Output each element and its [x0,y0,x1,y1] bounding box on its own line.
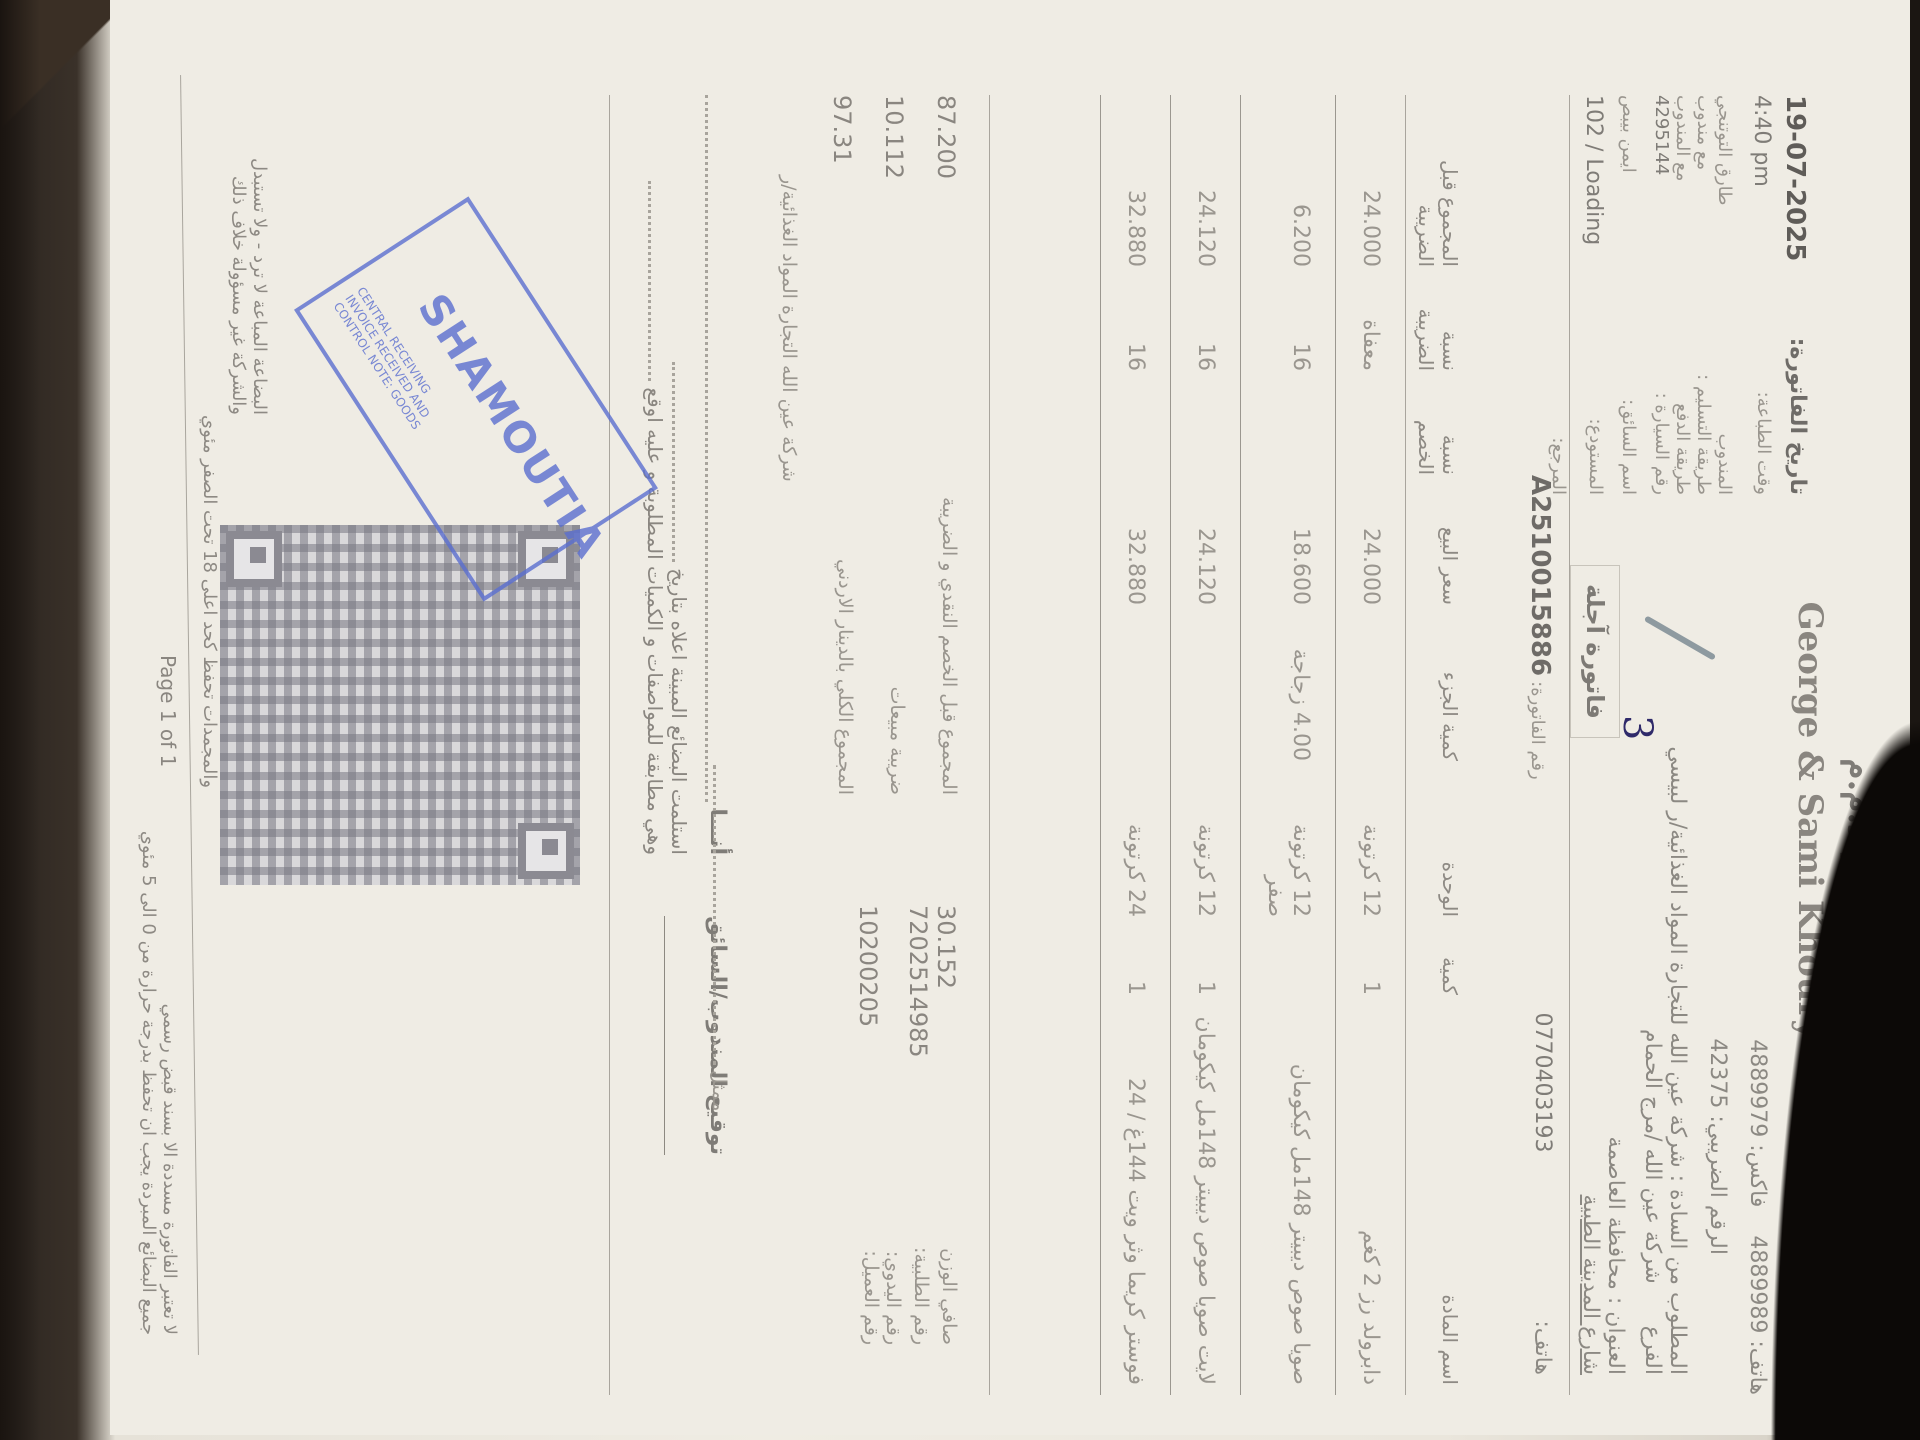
requested-from-value: شركة عين الله للتجارة المواد الغذائية/ر … [1665,746,1690,1167]
invoice-date-label: تاريخ الفاتورة: [1780,338,1810,495]
invoice-date-value: 19-07-2025 [1780,95,1810,261]
cell-part-qty: 4.00 زجاجة [1241,615,1336,771]
footer-note-mid: والمجمدات تحفظ كحد اعلى 18 تحت الصفر مئو… [199,415,220,788]
qr-finder-pattern [226,531,282,587]
cell-unit: 12 كرتونة [1171,771,1241,927]
representative-label: ممثل [708,1070,730,1111]
header-subtotal: المجموع قبل الضريبة [1406,95,1471,277]
invoice-document: شركة جورج و سامي خوري و شركاهم ذ.م.م Geo… [110,0,1910,1435]
tax-no-value: 42375 [1705,1038,1730,1108]
warehouse-label: المستودع: [1581,419,1606,496]
invoice-type-box: فاتورة آجلة [1570,565,1620,738]
driver-value: ايمن بيبص [1618,95,1639,173]
divider [989,95,990,1395]
payment-method-value: مع المندوب [1672,95,1693,181]
payment-method-label: طريقة الدفع [1672,403,1693,495]
driver-label: اسم السائق: [1618,399,1639,495]
representative-line: ممثل [708,765,730,1111]
street-value: شارع المدينة الطبية [1578,746,1603,1375]
branch-value: شركة عين الله /مرج الحمام [1640,1029,1665,1284]
invoice-number-value: A2510015886 [1525,475,1555,676]
company-sign-label: شركة عين الله التجارة المواد الغذائية/ر [778,175,800,482]
background-shadow-left [0,0,40,1440]
qr-finder-pattern [518,823,574,879]
net-weight-label: صافي الوزن [932,1248,960,1345]
header-qty: كمية [1406,927,1471,1005]
vehicle-no-label: رقم السيارة : [1651,393,1672,495]
footer-note-left: البضاعة المباعة لا ترد - ولا تستبدل والش… [228,75,270,415]
invoice-meta: تاريخ الفاتورة: 19-07-2025 وقت الطباعة: … [1548,95,1810,495]
items-header-row: اسم المادة كمية الوحدة كمية الجزء سعر ال… [1406,95,1471,1395]
cell-qty: 1 [1336,927,1406,1005]
divider [609,95,610,1395]
address-label: العنوان : [1603,1297,1628,1375]
tax-number: الرقم الضريبي: 42375 [1705,1038,1730,1255]
cell-discount [1336,381,1406,485]
customer-block: المطلوب من السادة : شركة عين الله للتجار… [1578,746,1690,1375]
cell-name: فوستر كريما وثر ويت 144غ / 24 [1101,1005,1171,1395]
cell-price: 18.600 [1241,485,1336,615]
address-value: محافظة العاصمة [1603,1137,1628,1290]
cell-discount [1241,381,1336,485]
delivery-method-value: مع مندوب [1693,95,1714,170]
order-no-label: رقم الطلبية: [904,1247,932,1345]
page-number: Page 1 of 1 [156,655,180,767]
qr-code [220,525,580,885]
cell-discount [1171,381,1241,485]
print-time-value: 4:40 pm [1749,95,1774,187]
table-row: لايت صويا صوص ديبيتر 148مل كيكومان112 كر… [1171,95,1241,1395]
cell-part-qty [1101,615,1171,771]
weight-block: صافي الوزن 30.152 رقم الطلبية: 720251498… [854,905,960,1345]
table-row: دابرولد رز 2 كغم112 كرتونة24.000معفاة24.… [1336,95,1406,1395]
cell-qty [1241,927,1336,1005]
order-no-value: 7202514985 [904,905,932,1058]
invoice-photo: شركة جورج و سامي خوري و شركاهم ذ.م.م Geo… [110,0,1910,1435]
header-part-qty: كمية الجزء [1406,615,1471,771]
customer-no-value: 10200205 [854,905,882,1027]
received-text-1: استلمت البضائع المبينة اعلاه بتاريخ [667,568,691,855]
cell-unit: 12 كرتونة صفر [1241,771,1336,927]
cell-tax: معفاة [1336,277,1406,381]
subtotal-value: 87.200 [932,95,960,179]
grand-total-value: 97.31 [828,95,856,164]
grand-total-label: المجموع الكلي بالدينار الاردني [828,559,856,795]
footer-divider [180,75,199,1355]
warehouse-value: 102 / Loading [1581,95,1606,245]
cell-discount [1101,381,1171,485]
salesman-label: المندوب [1714,434,1735,495]
sales-tax-label: ضريبة مبيعات [880,687,908,795]
handwritten-mark: 3 [1614,715,1660,740]
reference-label: المرجع: [1548,437,1569,495]
invoice-number: رقم الفاتورة: A2510015886 [1525,475,1555,780]
cell-qty: 1 [1101,927,1171,1005]
cell-tax: 16 [1171,277,1241,381]
cell-part-qty [1171,615,1241,771]
cell-subtotal: 32.880 [1101,95,1171,277]
footer-note-right: لا تعتبر الفاتورة مسددة الا بسند قبض رسم… [138,715,180,1335]
receipt-acknowledgement: أنـــا استلمت البضائع المبينة اعلاه بتار… [643,95,730,855]
cell-subtotal: 24.120 [1171,95,1241,277]
cell-subtotal: 6.200 [1241,95,1336,277]
cell-part-qty [1336,615,1406,771]
received-text-2: وهي مطابقة للمواصفات و الكميات المطلوبة … [643,387,667,855]
staple-pin [1644,615,1716,660]
cell-unit: 12 كرتونة [1336,771,1406,927]
branch-label: الفرع [1640,1326,1665,1375]
cell-name: صويا صوص ديبيتر 148مل كيكومان [1241,1005,1336,1395]
header-price: سعر البيع [1406,485,1471,615]
header-unit: الوحدة [1406,771,1471,927]
header-tax: نسبة الضريبة [1406,277,1471,381]
items-table: اسم المادة كمية الوحدة كمية الجزء سعر ال… [1100,95,1470,1395]
customer-no-label: رقم العميل: [854,1250,882,1345]
delivery-method-label: طريقة التسليم : [1693,374,1714,495]
cell-tax: 16 [1101,277,1171,381]
background-shadow-corner [1750,620,1920,1440]
cell-qty: 1 [1171,927,1241,1005]
cell-price: 24.120 [1171,485,1241,615]
manual-no-label: رقم اليدوي: [882,1251,904,1345]
customer-phone: هاتف: 0770403193 [1530,1013,1555,1375]
net-weight-value: 30.152 [932,905,960,989]
tax-no-label: الرقم الضريبي: [1705,1115,1730,1255]
table-row: صويا صوص ديبيتر 148مل كيكومان12 كرتونة ص… [1241,95,1336,1395]
header-discount: نسبة الخصم [1406,381,1471,485]
cell-name: دابرولد رز 2 كغم [1336,1005,1406,1395]
salesman-value: طارق التوتنجي [1714,95,1735,205]
customer-phone-value: 0770403193 [1530,1013,1555,1153]
cell-tax: 16 [1241,277,1336,381]
cell-name: لايت صويا صوص ديبيتر 148مل كيكومان [1171,1005,1241,1395]
requested-from-label: المطلوب من السادة : [1665,1175,1690,1375]
cell-unit: 24 كرتونة [1101,771,1171,927]
totals-block: المجموع قبل الخصم النقدي و الضريبة 87.20… [828,95,960,795]
cell-price: 32.880 [1101,485,1171,615]
stamp-brand: SHAMOUTIA [409,285,616,567]
print-time-label: وقت الطباعة: [1749,392,1774,495]
invoice-number-label: رقم الفاتورة: [1527,681,1548,780]
header-item-name: اسم المادة [1406,1005,1471,1395]
cell-price: 24.000 [1336,485,1406,615]
vehicle-no-value: 4295144 [1651,95,1672,175]
table-row: فوستر كريما وثر ويت 144غ / 24124 كرتونة3… [1101,95,1171,1395]
cell-subtotal: 24.000 [1336,95,1406,277]
sales-tax-value: 10.112 [880,95,908,179]
subtotal-label: المجموع قبل الخصم النقدي و الضريبة [932,497,960,795]
customer-phone-label: هاتف: [1530,1320,1555,1375]
